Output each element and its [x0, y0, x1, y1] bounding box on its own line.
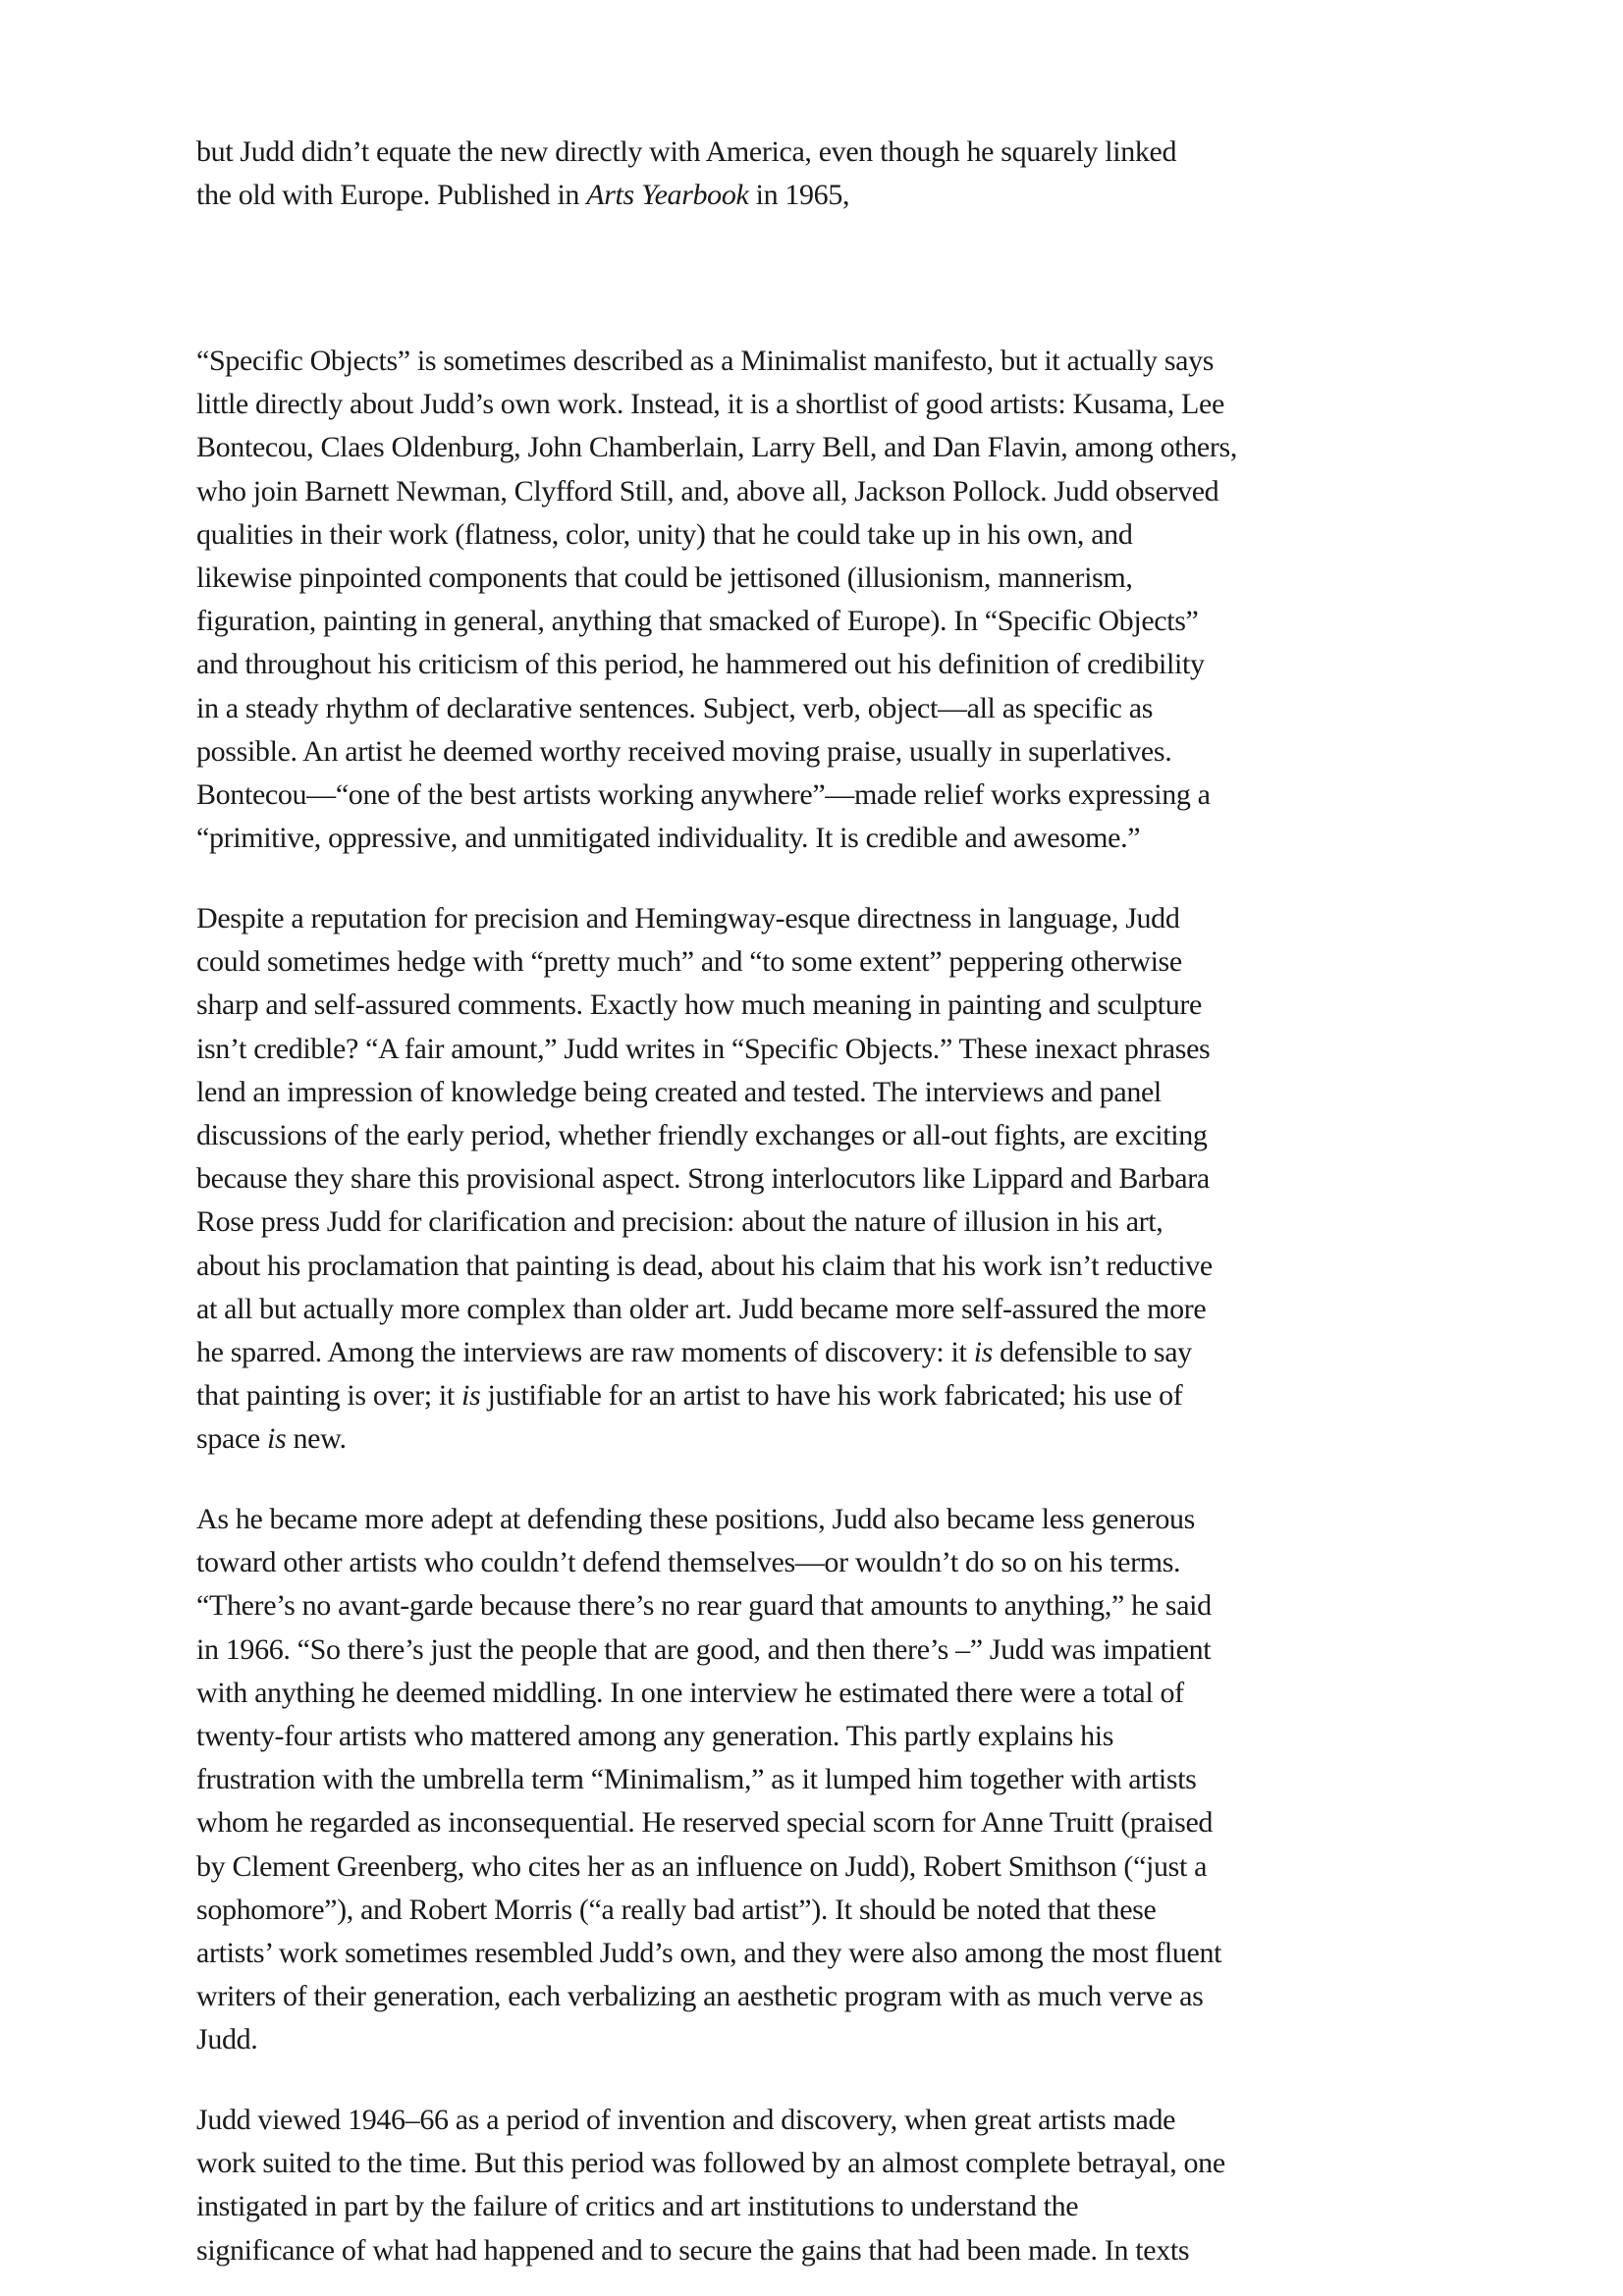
text-run: he sparred. Among the interviews are raw… — [196, 1336, 974, 1368]
text-run: Rose press Judd for clarification and pr… — [196, 1205, 1163, 1238]
paragraph-less-generous: As he became more adept at defending the… — [196, 1498, 1473, 2061]
italic-text: Arts Yearbook — [586, 179, 748, 211]
text-line: Judd. — [196, 2018, 1473, 2061]
text-run: little directly about Judd’s own work. I… — [196, 388, 1224, 420]
text-line: instigated in part by the failure of cri… — [196, 2185, 1473, 2228]
text-run: in 1966. “So there’s just the people tha… — [196, 1633, 1211, 1666]
text-run: new. — [286, 1422, 346, 1455]
text-run: writers of their generation, each verbal… — [196, 1980, 1203, 2012]
text-run: sharp and self-assured comments. Exactly… — [196, 988, 1202, 1021]
text-line: Judd viewed 1946–66 as a period of inven… — [196, 2099, 1473, 2142]
text-line: Despite a reputation for precision and H… — [196, 897, 1473, 940]
text-line: artists’ work sometimes resembled Judd’s… — [196, 1932, 1473, 1975]
text-line: because they share this provisional aspe… — [196, 1157, 1473, 1201]
text-run: work suited to the time. But this period… — [196, 2147, 1225, 2179]
italic-text: is — [974, 1336, 993, 1368]
text-run: frustration with the umbrella term “Mini… — [196, 1763, 1197, 1795]
text-run: space — [196, 1422, 267, 1455]
text-line: sharp and self-assured comments. Exactly… — [196, 984, 1473, 1027]
text-run: Despite a reputation for precision and H… — [196, 902, 1179, 934]
text-run: could sometimes hedge with “pretty much”… — [196, 945, 1182, 978]
paragraph-invention-and-discovery: Judd viewed 1946–66 as a period of inven… — [196, 2099, 1473, 2272]
text-line: sophomore”), and Robert Morris (“a reall… — [196, 1889, 1473, 1932]
text-run: likewise pinpointed components that coul… — [196, 561, 1133, 594]
text-run: Judd viewed 1946–66 as a period of inven… — [196, 2104, 1175, 2136]
text-run: in 1965, — [748, 179, 849, 211]
text-run: isn’t credible? “A fair amount,” Judd wr… — [196, 1033, 1210, 1065]
text-run: significance of what had happened and to… — [196, 2234, 1189, 2267]
italic-text: is — [461, 1379, 480, 1412]
text-run: Bontecou, Claes Oldenburg, John Chamberl… — [196, 431, 1237, 463]
text-line: work suited to the time. But this period… — [196, 2142, 1473, 2185]
text-run: that painting is over; it — [196, 1379, 461, 1412]
text-line: who join Barnett Newman, Clyfford Still,… — [196, 470, 1473, 513]
text-line: isn’t credible? “A fair amount,” Judd wr… — [196, 1028, 1473, 1071]
text-line: frustration with the umbrella term “Mini… — [196, 1758, 1473, 1801]
text-line: possible. An artist he deemed worthy rec… — [196, 730, 1473, 774]
paragraph-intro: but Judd didn’t equate the new directly … — [196, 131, 1473, 217]
text-run: As he became more adept at defending the… — [196, 1503, 1195, 1535]
text-run: justifiable for an artist to have his wo… — [480, 1379, 1182, 1412]
italic-text: is — [267, 1422, 286, 1455]
text-line: and throughout his criticism of this per… — [196, 643, 1473, 686]
text-line: “primitive, oppressive, and unmitigated … — [196, 817, 1473, 860]
text-run: “primitive, oppressive, and unmitigated … — [196, 822, 1140, 854]
text-run: in a steady rhythm of declarative senten… — [196, 692, 1153, 724]
text-run: toward other artists who couldn’t defend… — [196, 1546, 1180, 1578]
text-run: with anything he deemed middling. In one… — [196, 1677, 1184, 1709]
text-run: defensible to say — [993, 1336, 1192, 1368]
paragraph-hedging-language: Despite a reputation for precision and H… — [196, 897, 1473, 1461]
text-run: qualities in their work (flatness, color… — [196, 518, 1133, 551]
text-line: he sparred. Among the interviews are raw… — [196, 1331, 1473, 1374]
text-run: sophomore”), and Robert Morris (“a reall… — [196, 1894, 1156, 1926]
text-line: in 1966. “So there’s just the people tha… — [196, 1629, 1473, 1672]
text-line: with anything he deemed middling. In one… — [196, 1672, 1473, 1715]
text-line: about his proclamation that painting is … — [196, 1245, 1473, 1288]
text-run: twenty-four artists who mattered among a… — [196, 1720, 1113, 1752]
text-line: “Specific Objects” is sometimes describe… — [196, 340, 1473, 383]
text-line: that painting is over; it is justifiable… — [196, 1374, 1473, 1417]
text-line: Rose press Judd for clarification and pr… — [196, 1201, 1473, 1244]
text-run: because they share this provisional aspe… — [196, 1162, 1210, 1195]
text-run: “Specific Objects” is sometimes describe… — [196, 345, 1214, 377]
text-line: “There’s no avant-garde because there’s … — [196, 1584, 1473, 1628]
text-line: by Clement Greenberg, who cites her as a… — [196, 1845, 1473, 1889]
text-run: Judd. — [196, 2023, 257, 2056]
text-run: whom he regarded as inconsequential. He … — [196, 1806, 1213, 1839]
text-line: twenty-four artists who mattered among a… — [196, 1715, 1473, 1758]
text-run: lend an impression of knowledge being cr… — [196, 1076, 1162, 1108]
text-line: As he became more adept at defending the… — [196, 1498, 1473, 1541]
paragraph-specific-objects: “Specific Objects” is sometimes describe… — [196, 340, 1473, 860]
text-run: about his proclamation that painting is … — [196, 1250, 1213, 1282]
text-line: could sometimes hedge with “pretty much”… — [196, 940, 1473, 984]
text-run: “There’s no avant-garde because there’s … — [196, 1589, 1212, 1622]
text-line: space is new. — [196, 1417, 1473, 1461]
text-run: possible. An artist he deemed worthy rec… — [196, 735, 1171, 768]
text-line: significance of what had happened and to… — [196, 2229, 1473, 2272]
text-line: likewise pinpointed components that coul… — [196, 557, 1473, 600]
text-run: artists’ work sometimes resembled Judd’s… — [196, 1937, 1221, 1969]
text-line: lend an impression of knowledge being cr… — [196, 1071, 1473, 1114]
text-line: at all but actually more complex than ol… — [196, 1288, 1473, 1331]
text-run: instigated in part by the failure of cri… — [196, 2190, 1078, 2222]
text-run: by Clement Greenberg, who cites her as a… — [196, 1850, 1207, 1883]
text-line: figuration, painting in general, anythin… — [196, 600, 1473, 643]
text-line: discussions of the early period, whether… — [196, 1114, 1473, 1157]
text-line: but Judd didn’t equate the new directly … — [196, 131, 1473, 174]
text-line: the old with Europe. Published in Arts Y… — [196, 174, 1473, 217]
text-run: the old with Europe. Published in — [196, 179, 586, 211]
text-line: little directly about Judd’s own work. I… — [196, 383, 1473, 426]
text-line: writers of their generation, each verbal… — [196, 1975, 1473, 2018]
text-run: but Judd didn’t equate the new directly … — [196, 135, 1176, 168]
text-line: qualities in their work (flatness, color… — [196, 513, 1473, 557]
text-run: at all but actually more complex than ol… — [196, 1293, 1206, 1325]
text-line: whom he regarded as inconsequential. He … — [196, 1801, 1473, 1844]
text-run: Bontecou—“one of the best artists workin… — [196, 778, 1211, 811]
text-line: toward other artists who couldn’t defend… — [196, 1541, 1473, 1584]
text-line: Bontecou, Claes Oldenburg, John Chamberl… — [196, 426, 1473, 469]
text-run: and throughout his criticism of this per… — [196, 648, 1205, 680]
text-run: discussions of the early period, whether… — [196, 1119, 1208, 1151]
text-run: figuration, painting in general, anythin… — [196, 605, 1199, 637]
text-line: in a steady rhythm of declarative senten… — [196, 687, 1473, 730]
text-run: who join Barnett Newman, Clyfford Still,… — [196, 475, 1218, 507]
text-line: Bontecou—“one of the best artists workin… — [196, 774, 1473, 817]
